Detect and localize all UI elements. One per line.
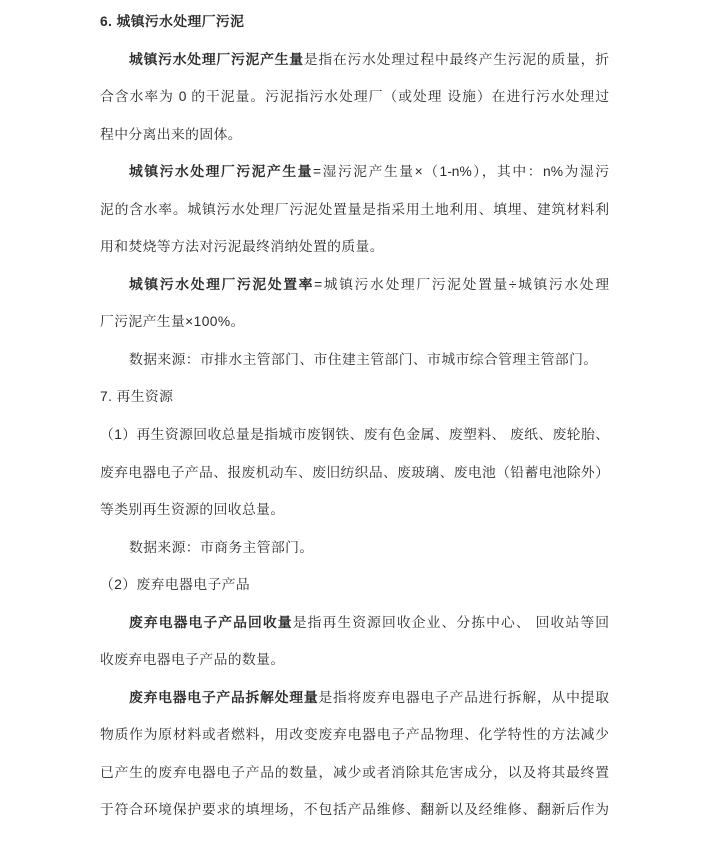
text-line: （2）废弃电器电子产品 — [100, 566, 609, 604]
text-line: 废弃电器电子产品回收量是指再生资源回收企业、分拣中心、 回收站等回 — [100, 604, 609, 642]
line-text: 废弃电器电子产品、报废机动车、废旧纺织品、废玻璃、废电池（铅蓄电池除外） — [100, 465, 609, 480]
line-text: 数据来源：市排水主管部门、市住建主管部门、市城市综合管理主管部门。 — [129, 352, 598, 367]
text-line: 厂污泥产生量×100%。 — [100, 303, 609, 341]
text-line: 于符合环境保护要求的填埋场，不包括产品维修、翻新以及经维修、翻新后作为 — [100, 791, 609, 829]
line-text: 已产生的废弃电器电子产品的数量，减少或者消除其危害成分，以及将其最终置 — [100, 765, 609, 780]
line-text: 厂污泥产生量×100%。 — [100, 314, 245, 329]
line-text: 是指再生资源回收企业、分拣中心、 回收站等回 — [293, 615, 609, 630]
line-text: （1）再生资源回收总量是指城市废钢铁、废有色金属、废塑料、 废纸、废轮胎、 — [100, 427, 609, 442]
bold-term: 废弃电器电子产品拆解处理量 — [129, 690, 318, 705]
document-page: 6. 城镇污水处理厂污泥城镇污水处理厂污泥产生量是指在污水处理过程中最终产生污泥… — [0, 0, 711, 848]
line-text: 是指在污水处理过程中最终产生污泥的质量，折 — [304, 52, 609, 67]
text-line: 城镇污水处理厂污泥产生量是指在污水处理过程中最终产生污泥的质量，折 — [100, 41, 609, 79]
text-line: 城镇污水处理厂污泥处置率=城镇污水处理厂污泥处置量÷城镇污水处理 — [100, 266, 609, 304]
text-line: 等类别再生资源的回收总量。 — [100, 491, 609, 529]
text-line: 合含水率为 0 的干泥量。污泥指污水处理厂（或处理 设施）在进行污水处理过 — [100, 78, 609, 116]
text-line: 废弃电器电子产品拆解处理量是指将废弃电器电子产品进行拆解，从中提取 — [100, 679, 609, 717]
bold-term: 城镇污水处理厂污泥产生量 — [129, 164, 313, 179]
line-text: 收废弃电器电子产品的数量。 — [100, 652, 285, 667]
text-line: 7. 再生资源 — [100, 378, 609, 416]
text-line: 城镇污水处理厂污泥产生量=湿污泥产生量×（1-n%），其中：n%为湿污 — [100, 153, 609, 191]
text-line: 物质作为原材料或者燃料，用改变废弃电器电子产品物理、化学特性的方法减少 — [100, 716, 609, 754]
line-text: 于符合环境保护要求的填埋场，不包括产品维修、翻新以及经维修、翻新后作为 — [100, 802, 609, 817]
line-text: 泥的含水率。城镇污水处理厂污泥处置量是指采用土地利用、填埋、建筑材料利 — [100, 202, 609, 217]
line-text: 是指将废弃电器电子产品进行拆解，从中提取 — [318, 690, 609, 705]
line-text: =湿污泥产生量×（1-n%），其中：n%为湿污 — [313, 164, 609, 179]
line-text: 物质作为原材料或者燃料，用改变废弃电器电子产品物理、化学特性的方法减少 — [100, 727, 609, 742]
line-text: （2）废弃电器电子产品 — [100, 577, 250, 592]
line-text: 数据来源：市商务主管部门。 — [129, 540, 314, 555]
line-text: 程中分离出来的固体。 — [100, 127, 242, 142]
bold-term: 废弃电器电子产品回收量 — [129, 615, 293, 630]
text-line: 收废弃电器电子产品的数量。 — [100, 641, 609, 679]
line-text: 7. 再生资源 — [100, 389, 173, 404]
bold-term: 6. 城镇污水处理厂污泥 — [100, 14, 244, 29]
text-line: 6. 城镇污水处理厂污泥 — [100, 3, 609, 41]
text-line: 用和焚烧等方法对污泥最终消纳处置的质量。 — [100, 228, 609, 266]
bold-term: 城镇污水处理厂污泥处置率 — [129, 277, 314, 292]
line-text: 等类别再生资源的回收总量。 — [100, 502, 285, 517]
text-line: 废弃电器电子产品、报废机动车、废旧纺织品、废玻璃、废电池（铅蓄电池除外） — [100, 454, 609, 492]
line-text: =城镇污水处理厂污泥处置量÷城镇污水处理 — [314, 277, 609, 292]
text-line: （1）再生资源回收总量是指城市废钢铁、废有色金属、废塑料、 废纸、废轮胎、 — [100, 416, 609, 454]
document-content: 6. 城镇污水处理厂污泥城镇污水处理厂污泥产生量是指在污水处理过程中最终产生污泥… — [100, 3, 609, 829]
text-line: 已产生的废弃电器电子产品的数量，减少或者消除其危害成分，以及将其最终置 — [100, 754, 609, 792]
line-text: 用和焚烧等方法对污泥最终消纳处置的质量。 — [100, 239, 384, 254]
text-line: 程中分离出来的固体。 — [100, 116, 609, 154]
bold-term: 城镇污水处理厂污泥产生量 — [129, 52, 304, 67]
text-line: 数据来源：市排水主管部门、市住建主管部门、市城市综合管理主管部门。 — [100, 341, 609, 379]
line-text: 合含水率为 0 的干泥量。污泥指污水处理厂（或处理 设施）在进行污水处理过 — [100, 89, 609, 104]
text-line: 泥的含水率。城镇污水处理厂污泥处置量是指采用土地利用、填埋、建筑材料利 — [100, 191, 609, 229]
text-line: 数据来源：市商务主管部门。 — [100, 529, 609, 567]
